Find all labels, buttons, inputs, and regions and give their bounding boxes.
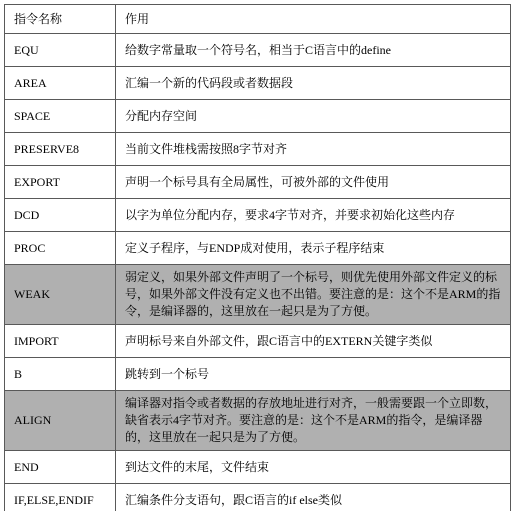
directive-name-cell: B <box>5 358 116 391</box>
directive-desc-cell: 定义子程序，与ENDP成对使用，表示子程序结束 <box>116 232 511 265</box>
directive-name-cell: EQU <box>5 34 116 67</box>
directive-desc-cell: 汇编一个新的代码段或者数据段 <box>116 67 511 100</box>
directive-name-cell: PROC <box>5 232 116 265</box>
table-row: DCD以字为单位分配内存，要求4字节对齐，并要求初始化这些内存 <box>5 199 511 232</box>
directive-desc-cell: 分配内存空间 <box>116 100 511 133</box>
table-row: END到达文件的末尾，文件结束 <box>5 451 511 484</box>
directive-name-cell: DCD <box>5 199 116 232</box>
table-row: PROC定义子程序，与ENDP成对使用，表示子程序结束 <box>5 232 511 265</box>
directive-name-cell: END <box>5 451 116 484</box>
directive-name-cell: PRESERVE8 <box>5 133 116 166</box>
table-row: SPACE分配内存空间 <box>5 100 511 133</box>
table-row: EXPORT声明一个标号具有全局属性，可被外部的文件使用 <box>5 166 511 199</box>
table-row: PRESERVE8当前文件堆栈需按照8字节对齐 <box>5 133 511 166</box>
directive-name-cell: AREA <box>5 67 116 100</box>
directive-desc-cell: 到达文件的末尾，文件结束 <box>116 451 511 484</box>
directive-desc-cell: 弱定义，如果外部文件声明了一个标号，则优先使用外部文件定义的标号，如果外部文件没… <box>116 265 511 325</box>
directive-name-cell: ALIGN <box>5 391 116 451</box>
table-body: EQU给数字常量取一个符号名，相当于C语言中的defineAREA汇编一个新的代… <box>5 34 511 511</box>
directives-table: 指令名称 作用 EQU给数字常量取一个符号名，相当于C语言中的defineARE… <box>4 4 511 511</box>
table-row: AREA汇编一个新的代码段或者数据段 <box>5 67 511 100</box>
directive-name-cell: SPACE <box>5 100 116 133</box>
table-row: ALIGN编译器对指令或者数据的存放地址进行对齐，一般需要跟一个立即数，缺省表示… <box>5 391 511 451</box>
directive-desc-cell: 给数字常量取一个符号名，相当于C语言中的define <box>116 34 511 67</box>
column-header-effect: 作用 <box>116 5 511 34</box>
directive-name-cell: EXPORT <box>5 166 116 199</box>
table-row: EQU给数字常量取一个符号名，相当于C语言中的define <box>5 34 511 67</box>
table-header-row: 指令名称 作用 <box>5 5 511 34</box>
directive-name-cell: IMPORT <box>5 325 116 358</box>
directive-desc-cell: 跳转到一个标号 <box>116 358 511 391</box>
directive-desc-cell: 当前文件堆栈需按照8字节对齐 <box>116 133 511 166</box>
directive-name-cell: WEAK <box>5 265 116 325</box>
table-row: B跳转到一个标号 <box>5 358 511 391</box>
directive-name-cell: IF,ELSE,ENDIF <box>5 484 116 511</box>
directive-desc-cell: 汇编条件分支语句，跟C语言的if else类似 <box>116 484 511 511</box>
directive-desc-cell: 编译器对指令或者数据的存放地址进行对齐，一般需要跟一个立即数，缺省表示4字节对齐… <box>116 391 511 451</box>
directive-desc-cell: 声明标号来自外部文件，跟C语言中的EXTERN关键字类似 <box>116 325 511 358</box>
table-row: IF,ELSE,ENDIF汇编条件分支语句，跟C语言的if else类似 <box>5 484 511 511</box>
table-row: WEAK弱定义，如果外部文件声明了一个标号，则优先使用外部文件定义的标号，如果外… <box>5 265 511 325</box>
directive-desc-cell: 以字为单位分配内存，要求4字节对齐，并要求初始化这些内存 <box>116 199 511 232</box>
directive-desc-cell: 声明一个标号具有全局属性，可被外部的文件使用 <box>116 166 511 199</box>
column-header-directive-name: 指令名称 <box>5 5 116 34</box>
table-row: IMPORT声明标号来自外部文件，跟C语言中的EXTERN关键字类似 <box>5 325 511 358</box>
